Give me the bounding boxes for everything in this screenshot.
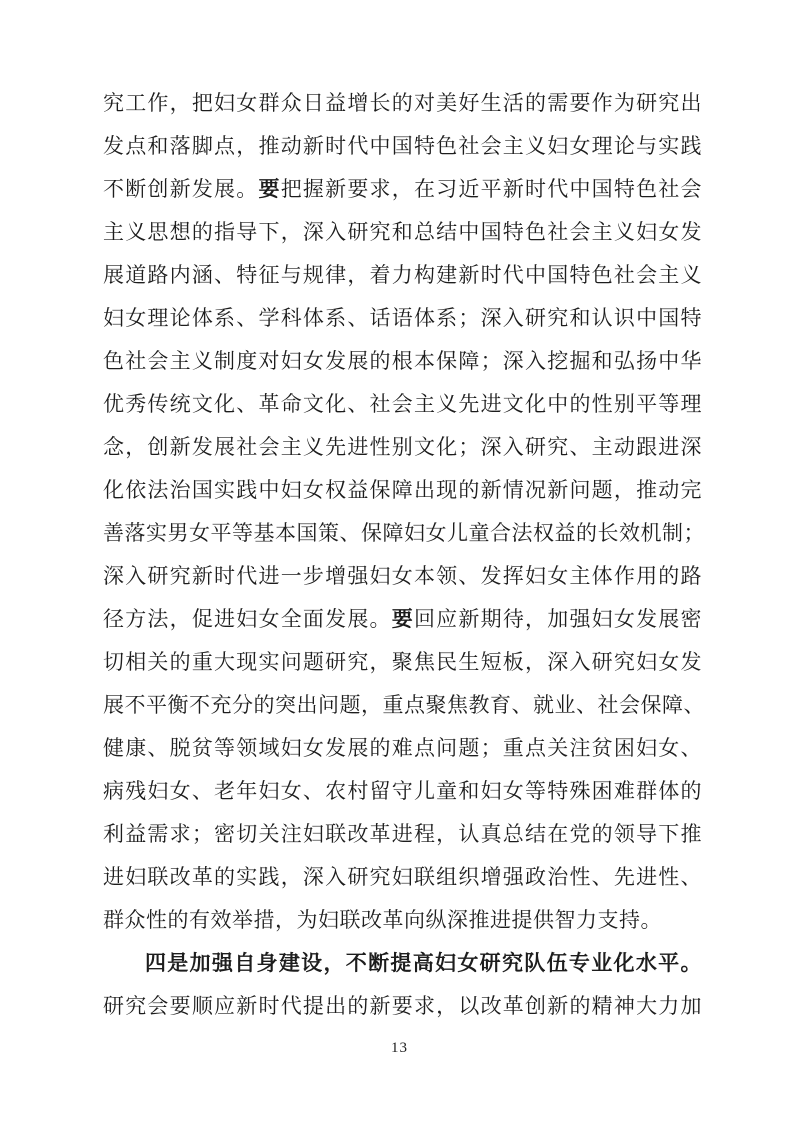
text-segment: 善落实男女平等基本国策、保障妇女儿童合法权益的长效机制；	[103, 521, 705, 545]
text-segment: 念，创新发展社会主义先进性别文化；深入研究、主动跟进深	[103, 435, 702, 459]
text-line: 色社会主义制度对妇女发展的根本保障；深入挖掘和弘扬中华	[103, 340, 702, 383]
text-line: 不断创新发展。要把握新要求，在习近平新时代中国特色社会	[103, 168, 702, 211]
text-segment: 病残妇女、老年妇女、农村留守儿童和妇女等特殊困难群体的	[103, 779, 702, 803]
text-line: 利益需求；密切关注妇联改革进程，认真总结在党的领导下推	[103, 813, 702, 856]
text-line: 妇女理论体系、学科体系、话语体系；深入研究和认识中国特	[103, 297, 702, 340]
text-segment: 研究会要顺应新时代提出的新要求，以改革创新的精神大力加	[103, 994, 702, 1018]
text-segment: 展道路内涵、特征与规律，着力构建新时代中国特色社会主义	[103, 263, 702, 287]
text-segment: 把握新要求，在习近平新时代中国特色社会	[281, 177, 702, 201]
text-segment: 展不平衡不充分的突出问题，重点聚焦教育、就业、社会保障、	[103, 693, 705, 717]
text-line: 进妇联改革的实践，深入研究妇联组织增强政治性、先进性、	[103, 856, 702, 899]
text-segment: 主义思想的指导下，深入研究和总结中国特色社会主义妇女发	[103, 220, 702, 244]
page-text: 究工作，把妇女群众日益增长的对美好生活的需要作为研究出发点和落脚点，推动新时代中…	[103, 82, 702, 1028]
text-line: 健康、脱贫等领域妇女发展的难点问题；重点关注贫困妇女、	[103, 727, 702, 770]
text-line: 善落实男女平等基本国策、保障妇女儿童合法权益的长效机制；	[103, 512, 702, 555]
text-line: 群众性的有效举措，为妇联改革向纵深推进提供智力支持。	[103, 899, 702, 942]
page-number: 13	[0, 1040, 799, 1057]
text-segment: 健康、脱贫等领域妇女发展的难点问题；重点关注贫困妇女、	[103, 736, 702, 760]
document-page: 究工作，把妇女群众日益增长的对美好生活的需要作为研究出发点和落脚点，推动新时代中…	[0, 0, 799, 1136]
text-segment: 深入研究新时代进一步增强妇女本领、发挥妇女主体作用的路	[103, 564, 702, 588]
text-segment: 发点和落脚点，推动新时代中国特色社会主义妇女理论与实践	[103, 134, 702, 158]
text-segment: 优秀传统文化、革命文化、社会主义先进文化中的性别平等理	[103, 392, 702, 416]
text-line: 展不平衡不充分的突出问题，重点聚焦教育、就业、社会保障、	[103, 684, 702, 727]
text-segment: 回应新期待，加强妇女发展密	[414, 607, 702, 631]
text-segment: 不断创新发展。	[103, 177, 258, 201]
text-segment: 化依法治国实践中妇女权益保障出现的新情况新问题，推动完	[103, 478, 702, 502]
text-line: 径方法，促进妇女全面发展。要回应新期待，加强妇女发展密	[103, 598, 702, 641]
text-segment: 妇女理论体系、学科体系、话语体系；深入研究和认识中国特	[103, 306, 702, 330]
text-segment: 色社会主义制度对妇女发展的根本保障；深入挖掘和弘扬中华	[103, 349, 702, 373]
text-line: 深入研究新时代进一步增强妇女本领、发挥妇女主体作用的路	[103, 555, 702, 598]
text-segment: 究工作，把妇女群众日益增长的对美好生活的需要作为研究出	[103, 91, 702, 115]
text-line: 主义思想的指导下，深入研究和总结中国特色社会主义妇女发	[103, 211, 702, 254]
text-segment: 进妇联改革的实践，深入研究妇联组织增强政治性、先进性、	[103, 865, 702, 889]
text-segment: 切相关的重大现实问题研究，聚焦民生短板，深入研究妇女发	[103, 650, 702, 674]
text-line: 展道路内涵、特征与规律，着力构建新时代中国特色社会主义	[103, 254, 702, 297]
text-line: 切相关的重大现实问题研究，聚焦民生短板，深入研究妇女发	[103, 641, 702, 684]
bold-text-segment: 要	[258, 177, 280, 201]
bold-text-segment: 要	[392, 607, 414, 631]
bold-text-segment: 四是加强自身建设，不断提高妇女研究队伍专业化水平。	[145, 951, 702, 975]
text-line: 四是加强自身建设，不断提高妇女研究队伍专业化水平。	[103, 942, 702, 985]
text-line: 发点和落脚点，推动新时代中国特色社会主义妇女理论与实践	[103, 125, 702, 168]
text-line: 病残妇女、老年妇女、农村留守儿童和妇女等特殊困难群体的	[103, 770, 702, 813]
text-line: 念，创新发展社会主义先进性别文化；深入研究、主动跟进深	[103, 426, 702, 469]
text-segment: 群众性的有效举措，为妇联改革向纵深推进提供智力支持。	[103, 908, 662, 932]
text-segment: 利益需求；密切关注妇联改革进程，认真总结在党的领导下推	[103, 822, 702, 846]
text-line: 优秀传统文化、革命文化、社会主义先进文化中的性别平等理	[103, 383, 702, 426]
text-line: 化依法治国实践中妇女权益保障出现的新情况新问题，推动完	[103, 469, 702, 512]
text-line: 究工作，把妇女群众日益增长的对美好生活的需要作为研究出	[103, 82, 702, 125]
text-line: 研究会要顺应新时代提出的新要求，以改革创新的精神大力加	[103, 985, 702, 1028]
text-segment: 径方法，促进妇女全面发展。	[103, 607, 392, 631]
